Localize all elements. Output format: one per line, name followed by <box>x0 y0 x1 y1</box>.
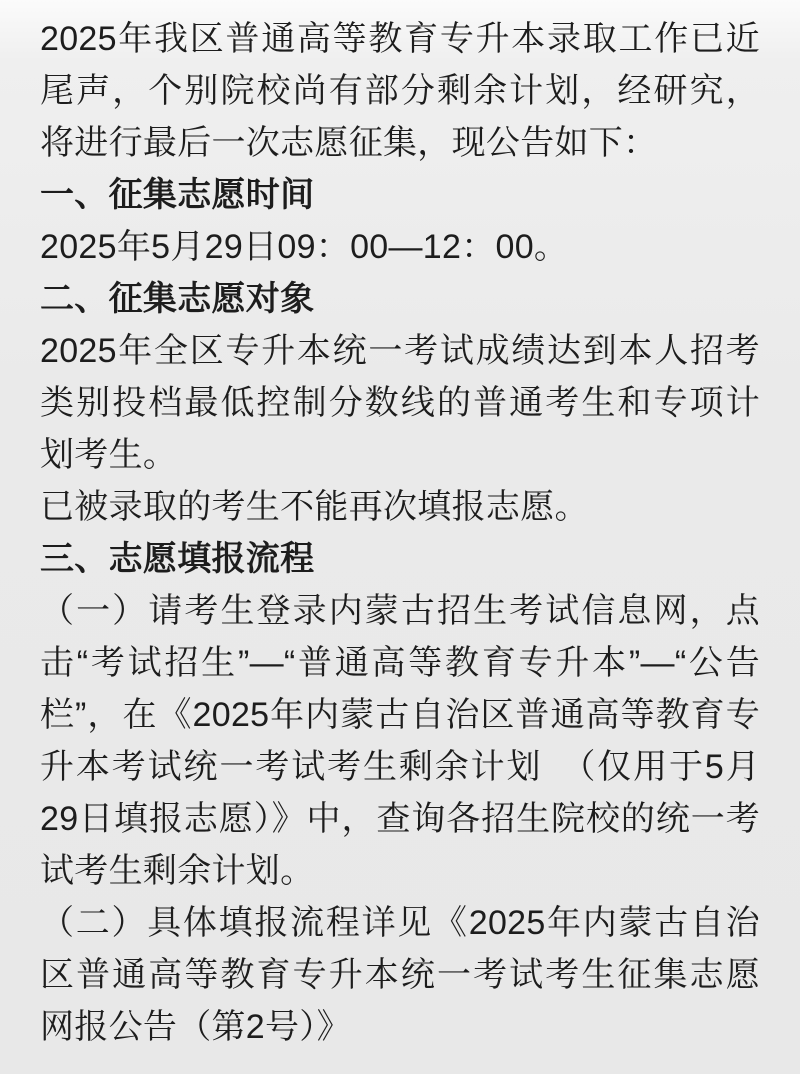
filing-step-2-paragraph: （二）具体填报流程详见《2025年内蒙古自治区普通高等教育专升本统一考试考生征集… <box>40 897 760 1053</box>
section-heading-collection-target: 二、征集志愿对象 <box>40 273 760 325</box>
section-heading-filing-process: 三、志愿填报流程 <box>40 533 760 585</box>
admitted-note-paragraph: 已被录取的考生不能再次填报志愿。 <box>40 481 760 533</box>
announcement-document: 2025年我区普通高等教育专升本录取工作已近尾声，个别院校尚有部分剩余计划，经研… <box>0 0 800 1074</box>
collection-time-paragraph: 2025年5月29日09：00—12：00。 <box>40 221 760 273</box>
intro-paragraph: 2025年我区普通高等教育专升本录取工作已近尾声，个别院校尚有部分剩余计划，经研… <box>40 13 760 169</box>
filing-step-1-paragraph: （一）请考生登录内蒙古招生考试信息网，点击“考试招生”—“普通高等教育专升本”—… <box>40 585 760 897</box>
collection-target-paragraph: 2025年全区专升本统一考试成绩达到本人招考类别投档最低控制分数线的普通考生和专… <box>40 325 760 481</box>
section-heading-collection-time: 一、征集志愿时间 <box>40 169 760 221</box>
